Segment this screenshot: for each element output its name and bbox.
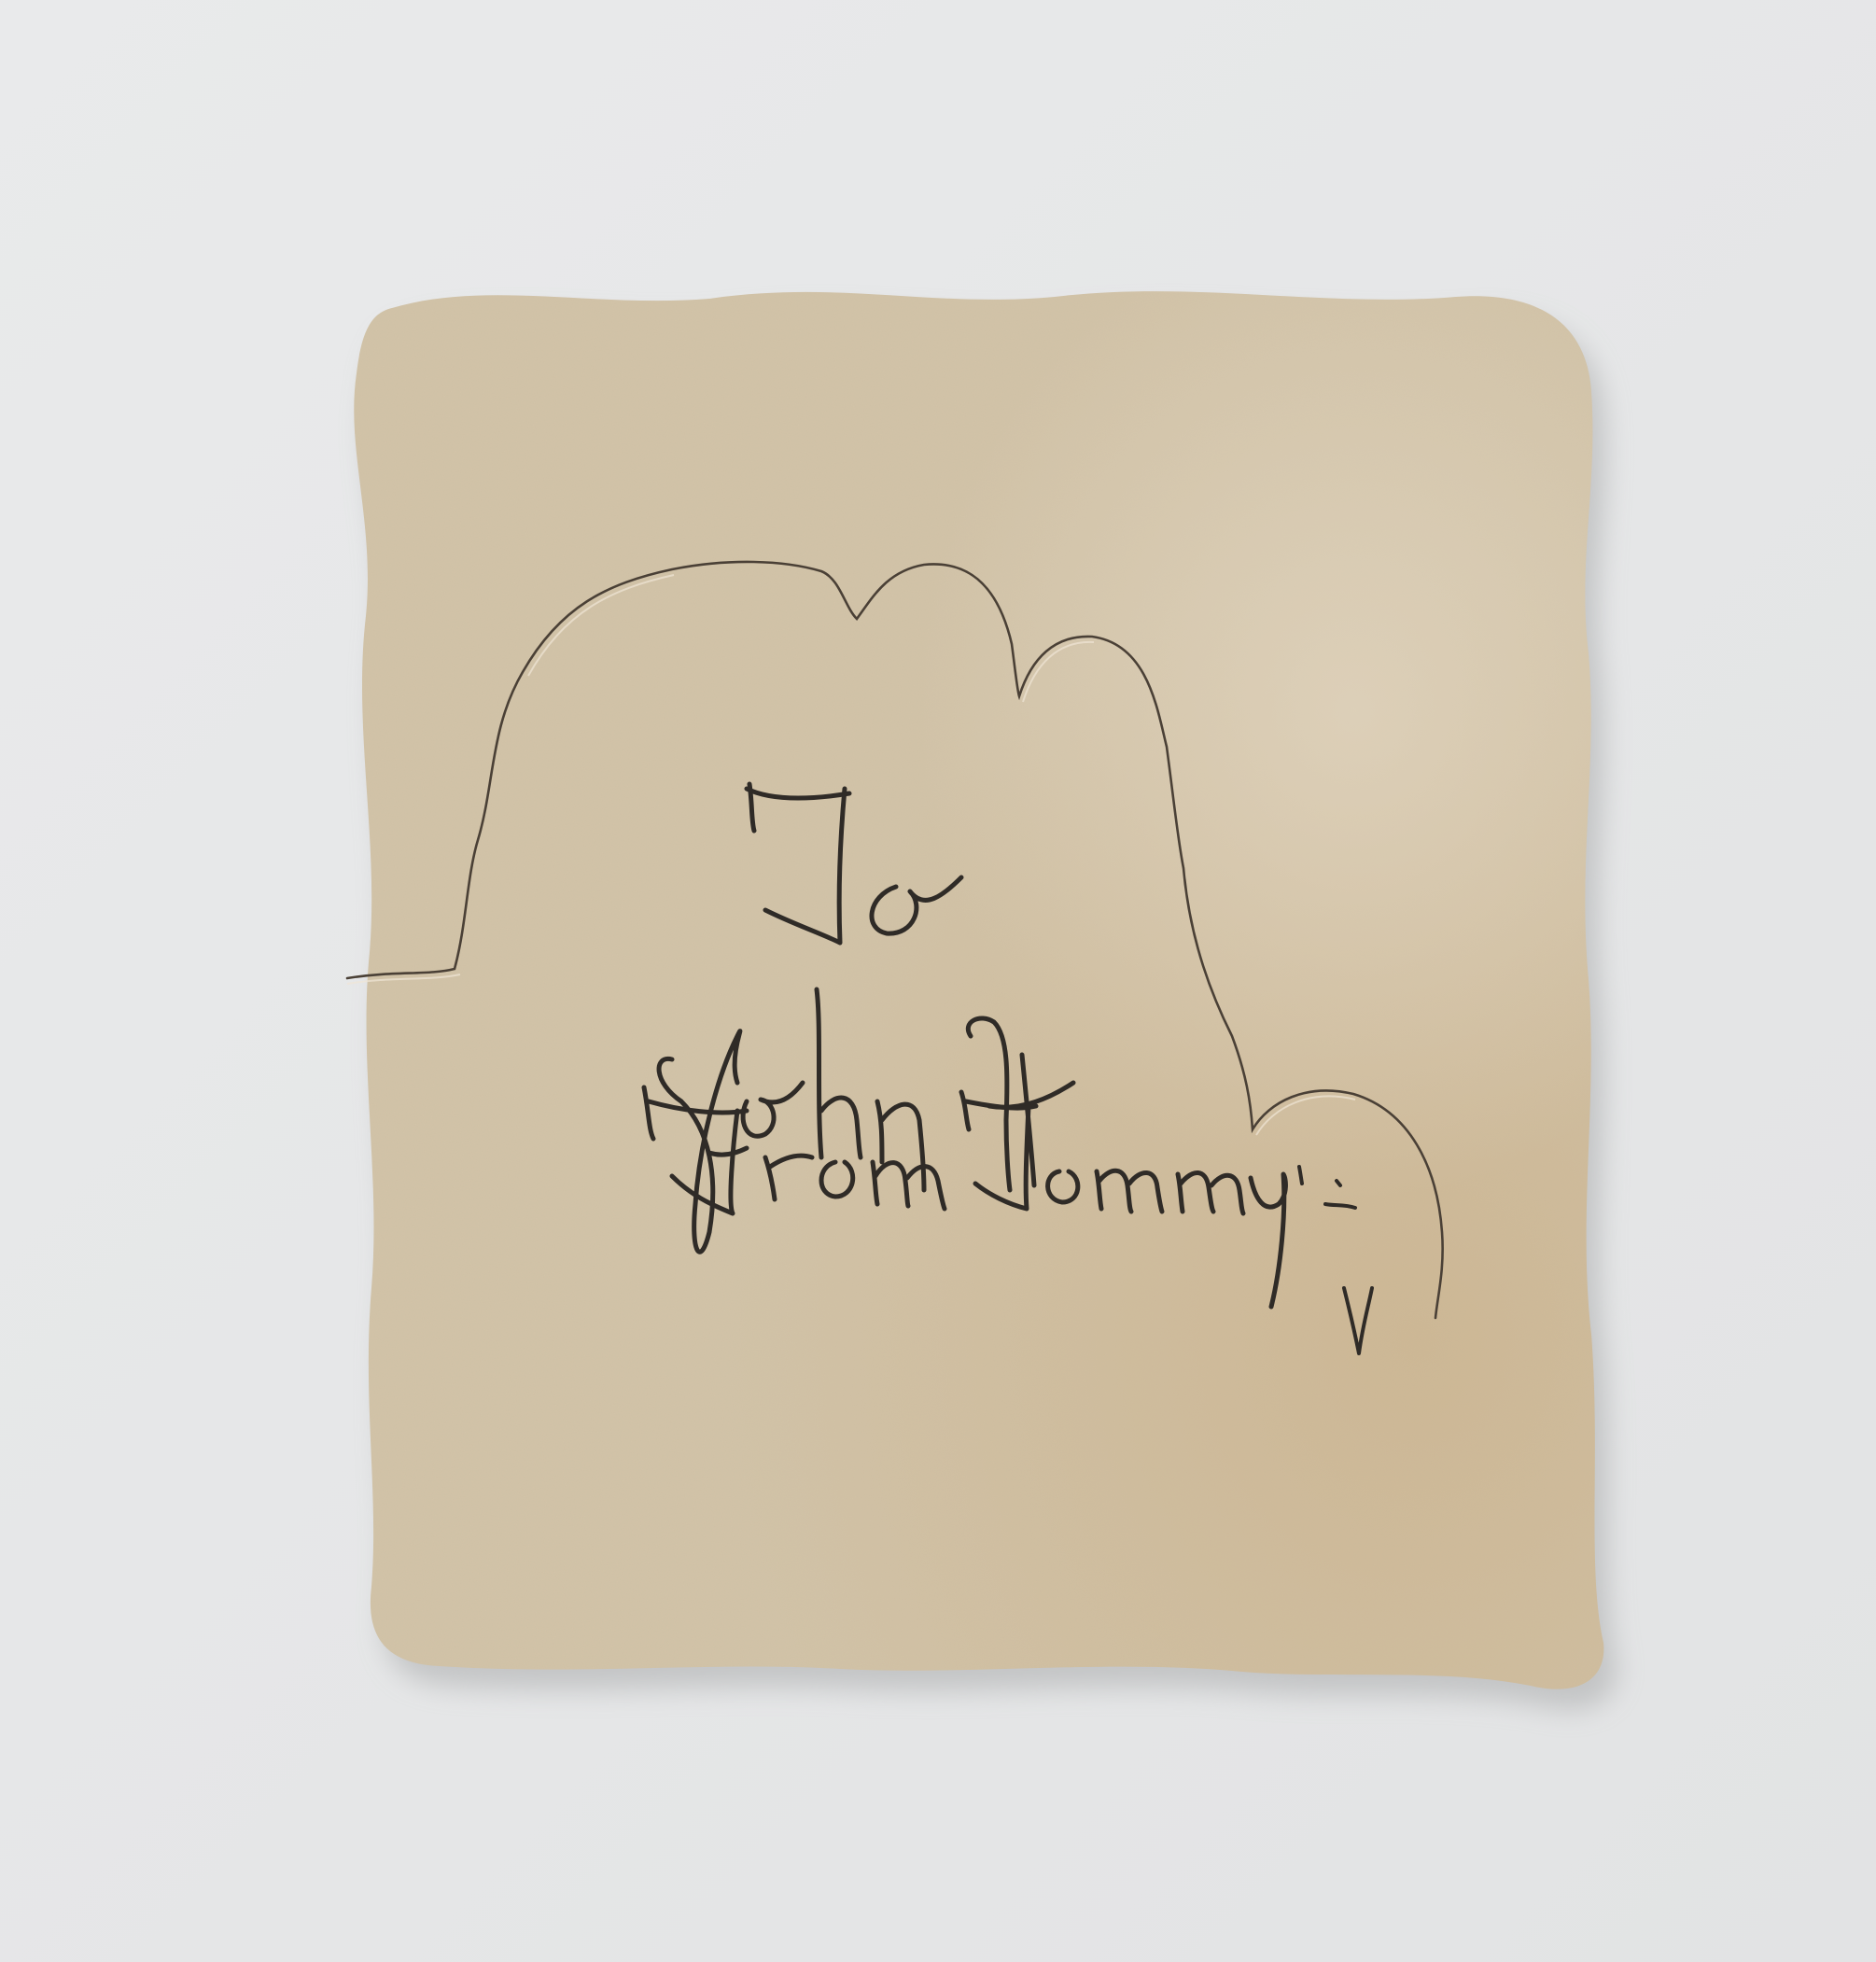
paper-card xyxy=(354,291,1603,1689)
photograph xyxy=(0,0,1876,1962)
